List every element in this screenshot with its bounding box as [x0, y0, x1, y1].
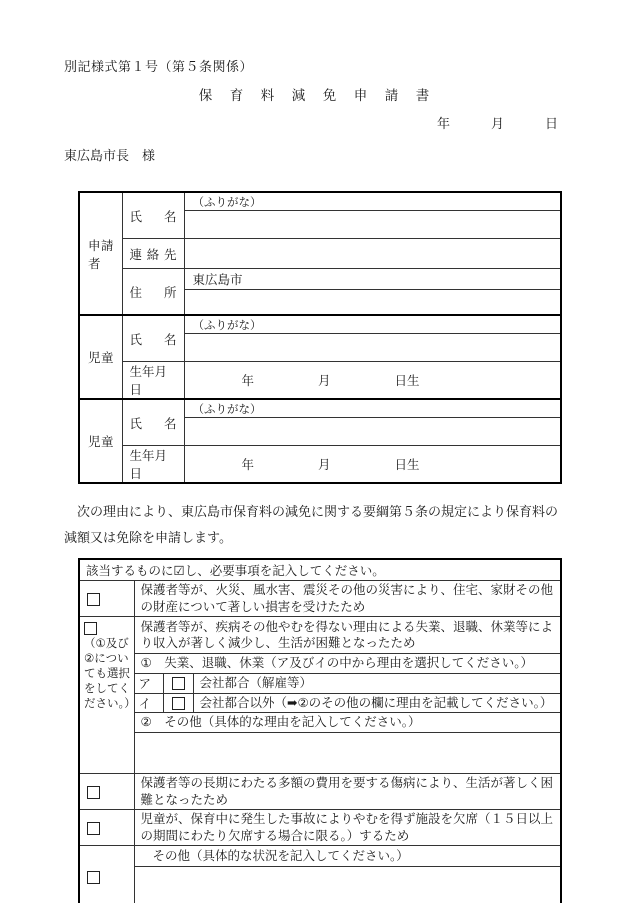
applicant-address-label: 住所 [122, 269, 184, 316]
reason3-checkbox[interactable] [87, 786, 100, 799]
child2-group-label: 児童 [79, 399, 122, 483]
reason1-checkbox[interactable] [87, 593, 100, 606]
child2-birthdate-input-area[interactable]: 年 月 日生 [184, 446, 561, 484]
child1-birth-day-label: 日生 [395, 371, 420, 389]
child2-birth-year-label: 年 [242, 455, 255, 473]
applicant-child-table: 申請者 氏名 （ふりがな） 連絡先 住所 東広島市 児童 氏名 （ふりがな） 生… [78, 191, 562, 484]
document-page: 別記様式第１号（第５条関係） 保 育 料 減 免 申 請 書 年 月 日 東広島… [0, 0, 630, 903]
date-line: 年 月 日 [64, 113, 566, 132]
reason2-optionB-checkbox[interactable] [172, 697, 185, 710]
applicant-contact-input-area[interactable] [184, 239, 561, 269]
applicant-address-prefill[interactable]: 東広島市 [184, 269, 561, 290]
child2-name-input-area[interactable] [184, 418, 561, 446]
child1-birthdate-input-area[interactable]: 年 月 日生 [184, 362, 561, 400]
reason5-text: その他（具体的な状況を記入してください。） [134, 846, 561, 867]
reason4-checkbox-cell [79, 810, 134, 846]
addressee: 東広島市長 様 [64, 145, 566, 164]
child1-name-label: 氏名 [122, 315, 184, 362]
declaration-paragraph: 次の理由により、東広島市保育料の減免に関する要綱第５条の規定により保育料の減額又… [64, 499, 566, 551]
reason2-text: 保護者等が、疾病その他やむを得ない理由による失業、退職、休業等により収入が著しく… [134, 617, 561, 654]
reason4-text: 児童が、保育中に発生した事故によりやむを得ず施設を欠席（１５日以上の期間にわたり… [134, 810, 561, 846]
reason2-optionB-checkbox-cell [163, 693, 193, 713]
applicant-group-label: 申請者 [79, 192, 122, 315]
document-title: 保 育 料 減 免 申 請 書 [64, 84, 566, 104]
child1-group-label: 児童 [79, 315, 122, 399]
reason2-checkbox[interactable] [84, 622, 97, 635]
reason2-checkbox-cell: （①及び②についても選択をしてください。） [79, 617, 134, 774]
date-month-label: 月 [491, 113, 504, 132]
reason1-text: 保護者等が、火災、風水害、震災その他の災害により、住宅、家財その他の財産について… [134, 581, 561, 617]
reason2-note: （①及び②についても選択をしてください。） [84, 637, 132, 712]
applicant-name-label: 氏名 [122, 192, 184, 239]
date-year-label: 年 [437, 113, 450, 132]
reason5-input-area[interactable] [134, 867, 561, 903]
form-number: 別記様式第１号（第５条関係） [64, 56, 566, 75]
applicant-address-input-area[interactable] [184, 290, 561, 316]
child2-birth-day-label: 日生 [395, 455, 420, 473]
child1-furigana-label: （ふりがな） [184, 315, 561, 334]
reason-table-instruction: 該当するものに☑し、必要事項を記入してください。 [79, 559, 561, 581]
child1-birth-month-label: 月 [318, 371, 331, 389]
reason5-checkbox-cell [79, 846, 134, 903]
applicant-name-input-area[interactable] [184, 211, 561, 239]
date-day-label: 日 [545, 113, 558, 132]
reason-table: 該当するものに☑し、必要事項を記入してください。 保護者等が、火災、風水害、震災… [78, 558, 562, 903]
reason2-optionA-key: ア [134, 674, 163, 694]
reason5-checkbox[interactable] [87, 871, 100, 884]
reason3-checkbox-cell [79, 774, 134, 810]
reason2-optionA-checkbox[interactable] [172, 677, 185, 690]
reason4-checkbox[interactable] [87, 822, 100, 835]
child2-birth-month-label: 月 [318, 455, 331, 473]
applicant-furigana-label: （ふりがな） [184, 192, 561, 211]
reason2-item1: ① 失業、退職、休業（ア及びイの中から理由を選択してください。） [134, 654, 561, 674]
reason3-text: 保護者等の長期にわたる多額の費用を要する傷病により、生活が著しく困難となったため [134, 774, 561, 810]
reason2-optionB-key: イ [134, 693, 163, 713]
child1-birthdate-label: 生年月日 [122, 362, 184, 400]
reason2-optionA-checkbox-cell [163, 674, 193, 694]
reason2-optionB-text: 会社都合以外（➡②のその他の欄に理由を記載してください。） [193, 693, 561, 713]
child2-name-label: 氏名 [122, 399, 184, 446]
reason2-item2: ② その他（具体的な理由を記入してください。） [134, 713, 561, 733]
reason2-other-input-area[interactable] [134, 733, 561, 774]
child2-birthdate-label: 生年月日 [122, 446, 184, 484]
child1-name-input-area[interactable] [184, 334, 561, 362]
applicant-contact-label: 連絡先 [122, 239, 184, 269]
child2-furigana-label: （ふりがな） [184, 399, 561, 418]
child1-birth-year-label: 年 [242, 371, 255, 389]
reason1-checkbox-cell [79, 581, 134, 617]
reason2-optionA-text: 会社都合（解雇等） [193, 674, 561, 694]
